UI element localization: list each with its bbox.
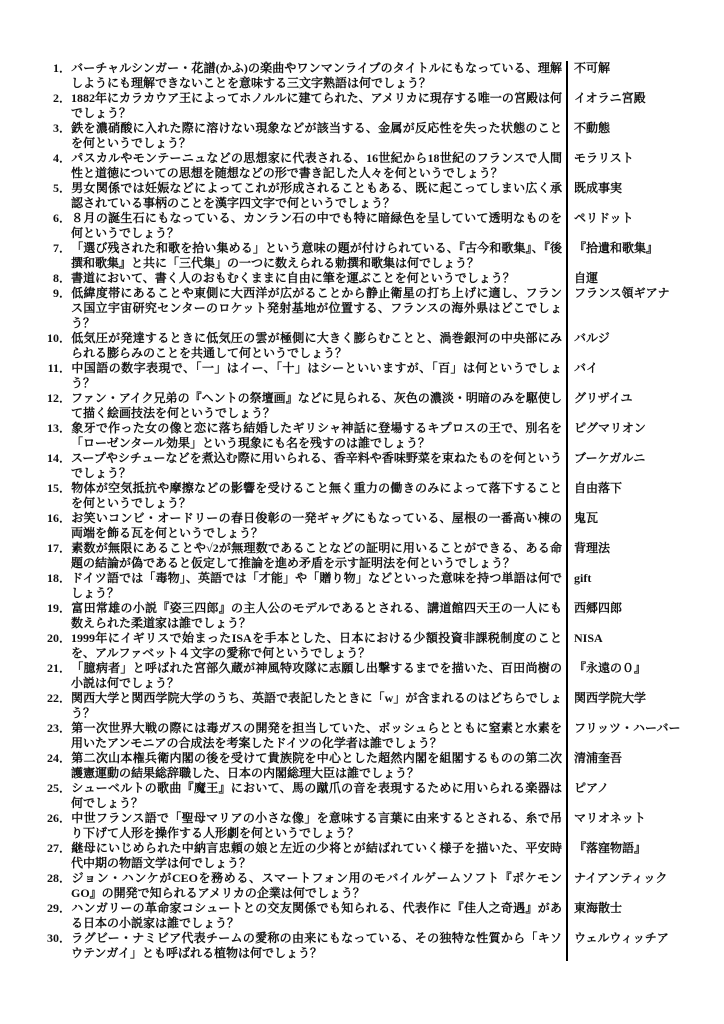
question-cell: 23．第一次世界大戦の際には毒ガスの開発を担当していた、ボッシュらとともに窒素と… — [0, 721, 566, 751]
quiz-row: 15．物体が空気抵抗や摩擦などの影響を受けること無く重力の働きのみによって落下す… — [0, 481, 724, 511]
question-text: 素数が無限にあることや√2が無理数であることなどの証明に用いることができる、ある… — [71, 541, 562, 570]
answer-cell: ピアノ — [566, 781, 724, 811]
quiz-row: 6．８月の誕生石にもなっている、カンラン石の中でも特に暗緑色を呈していて透明なも… — [0, 211, 724, 241]
quiz-row: 29．ハンガリーの革命家コシュートとの交友関係でも知られる、代表作に『佳人之奇遇… — [0, 901, 724, 931]
answer-cell: バルジ — [566, 331, 724, 361]
answer-cell: ブーケガルニ — [566, 451, 724, 481]
answer-cell: NISA — [566, 631, 724, 661]
answer-cell: ウェルウィッチア — [566, 931, 724, 961]
answer-text: ピアノ — [574, 781, 609, 795]
question-cell: 13．象牙で作った女の像と恋に落ち結婚したギリシャ神話に登場するキプロスの王で、… — [0, 421, 566, 451]
quiz-row: 30．ラグビー・ナミビア代表チームの愛称の由来にもなっている、その独特な性質から… — [0, 931, 724, 961]
question-text: 継母にいじめられた中納言忠頼の娘と左近の少将とが結ばれていく様子を描いた、平安時… — [71, 841, 562, 870]
question-cell: 14．スープやシチューなどを煮込む際に用いられる、香辛料や香味野菜を束ねたものを… — [0, 451, 566, 481]
question-number: 19． — [45, 601, 71, 616]
question-cell: 25．シューベルトの歌曲『魔王』において、馬の蹴爪の音を表現するために用いられる… — [0, 781, 566, 811]
question-text: ハンガリーの革命家コシュートとの交友関係でも知られる、代表作に『佳人之奇遇』があ… — [71, 901, 562, 930]
question-number: 1． — [45, 61, 71, 76]
answer-text: フランス領ギアナ — [574, 286, 670, 300]
answer-text: ナイアンティック — [574, 871, 667, 885]
question-text: 第二次山本権兵衛内閣の後を受けて貴族院を中心とした超然内閣を組閣するものの第二次… — [71, 751, 562, 780]
quiz-row: 5．男女関係では妊娠などによってこれが形成されることもある、既に起こってしまい広… — [0, 181, 724, 211]
answer-cell: マリオネット — [566, 811, 724, 841]
quiz-row: 24．第二次山本権兵衛内閣の後を受けて貴族院を中心とした超然内閣を組閣するものの… — [0, 751, 724, 781]
question-number: 20． — [45, 631, 71, 646]
question-text: 象牙で作った女の像と恋に落ち結婚したギリシャ神話に登場するキプロスの王で、別名を… — [71, 421, 562, 450]
quiz-row: 10．低気圧が発達するときに低気圧の雲が極側に大きく膨らむことと、渦巻銀河の中央… — [0, 331, 724, 361]
question-text: 第一次世界大戦の際には毒ガスの開発を担当していた、ボッシュらとともに窒素と水素を… — [71, 721, 562, 750]
question-text: ドイツ語では「毒物」、英語では「才能」や「贈り物」などといった意味を持つ単語は何… — [71, 571, 562, 600]
question-text: シューベルトの歌曲『魔王』において、馬の蹴爪の音を表現するために用いられる楽器は… — [71, 781, 562, 810]
question-number: 23． — [45, 721, 71, 736]
quiz-row: 11．中国語の数字表現で、「一」はイー、「十」はシーといいますが、「百」は何とい… — [0, 361, 724, 391]
question-cell: 17．素数が無限にあることや√2が無理数であることなどの証明に用いることができる… — [0, 541, 566, 571]
quiz-row: 3．鉄を濃硝酸に入れた際に溶けない現象などが該当する、金属が反応性を失った状態の… — [0, 121, 724, 151]
question-number: 24． — [45, 751, 71, 766]
answer-cell: イオラニ宮殿 — [566, 91, 724, 121]
question-number: 4． — [45, 151, 71, 166]
question-cell: 28．ジョン・ハンケがCEOを務める、スマートフォン用のモバイルゲームソフト『ポ… — [0, 871, 566, 901]
answer-cell: グリザイユ — [566, 391, 724, 421]
question-number: 9． — [45, 286, 71, 301]
question-cell: 15．物体が空気抵抗や摩擦などの影響を受けること無く重力の働きのみによって落下す… — [0, 481, 566, 511]
quiz-row: 14．スープやシチューなどを煮込む際に用いられる、香辛料や香味野菜を束ねたものを… — [0, 451, 724, 481]
question-text: ファン・アイク兄弟の『ヘントの祭壇画』などに見られる、灰色の濃淡・明暗のみを駆使… — [71, 391, 562, 420]
answer-text: 既成事実 — [574, 181, 622, 195]
answer-text: 清浦奎吾 — [574, 751, 622, 765]
question-number: 22． — [45, 691, 71, 706]
question-number: 11． — [45, 361, 71, 376]
quiz-row: 4．パスカルやモンテーニュなどの思想家に代表される、16世紀から18世紀のフラン… — [0, 151, 724, 181]
question-cell: 24．第二次山本権兵衛内閣の後を受けて貴族院を中心とした超然内閣を組閣するものの… — [0, 751, 566, 781]
answer-cell: 西郷四郎 — [566, 601, 724, 631]
question-number: 29． — [45, 901, 71, 916]
answer-cell: 『落窪物語』 — [566, 841, 724, 871]
answer-cell: 自運 — [566, 271, 724, 286]
quiz-row: 12．ファン・アイク兄弟の『ヘントの祭壇画』などに見られる、灰色の濃淡・明暗のみ… — [0, 391, 724, 421]
question-text: 書道において、書く人のおもむくままに自由に筆を運ぶことを何というでしょう？ — [71, 271, 515, 285]
question-cell: 11．中国語の数字表現で、「一」はイー、「十」はシーといいますが、「百」は何とい… — [0, 361, 566, 391]
question-cell: 3．鉄を濃硝酸に入れた際に溶けない現象などが該当する、金属が反応性を失った状態の… — [0, 121, 566, 151]
question-text: 中世フランス語で「聖母マリアの小さな像」を意味する言葉に由来するとされる、糸で吊… — [71, 811, 562, 840]
question-text: 低気圧が発達するときに低気圧の雲が極側に大きく膨らむことと、渦巻銀河の中央部にみ… — [71, 331, 562, 360]
answer-cell: 背理法 — [566, 541, 724, 571]
question-cell: 21．「臆病者」と呼ばれた宮部久蔵が神風特攻隊に志願し出撃するまでを描いた、百田… — [0, 661, 566, 691]
question-text: バーチャルシンガー・花譜(かふ)の楽曲やワンマンライブのタイトルにもなっている、… — [71, 61, 562, 90]
question-text: 「選び残された和歌を拾い集める」という意味の題が付けられている、『古今和歌集』、… — [71, 241, 562, 270]
answer-text: 不動態 — [574, 121, 610, 135]
quiz-row: 17．素数が無限にあることや√2が無理数であることなどの証明に用いることができる… — [0, 541, 724, 571]
scanned-quiz-page: 1．バーチャルシンガー・花譜(かふ)の楽曲やワンマンライブのタイトルにもなってい… — [0, 0, 724, 1024]
answer-text: 関西学院大学 — [574, 691, 646, 705]
question-text: 男女関係では妊娠などによってこれが形成されることもある、既に起こってしまい広く承… — [71, 181, 562, 210]
answer-cell: フランス領ギアナ — [566, 286, 724, 331]
question-text: 関西大学と関西学院大学のうち、英語で表記したときに「w」が含まれるのはどちらでし… — [71, 691, 562, 720]
quiz-row: 19．富田常雄の小説『姿三四郎』の主人公のモデルであるとされる、講道館四天王の一… — [0, 601, 724, 631]
answer-text: 『永遠の０』 — [574, 661, 646, 675]
question-text: 鉄を濃硝酸に入れた際に溶けない現象などが該当する、金属が反応性を失った状態のこと… — [71, 121, 562, 150]
answer-cell: gift — [566, 571, 724, 601]
question-cell: 4．パスカルやモンテーニュなどの思想家に代表される、16世紀から18世紀のフラン… — [0, 151, 566, 181]
answer-text: イオラニ宮殿 — [574, 91, 646, 105]
answer-cell: フリッツ・ハーバー — [566, 721, 724, 751]
question-number: 6． — [45, 211, 71, 226]
quiz-row: 25．シューベルトの歌曲『魔王』において、馬の蹴爪の音を表現するために用いられる… — [0, 781, 724, 811]
answer-cell: ペリドット — [566, 211, 724, 241]
quiz-row: 7．「選び残された和歌を拾い集める」という意味の題が付けられている、『古今和歌集… — [0, 241, 724, 271]
question-number: 16． — [45, 511, 71, 526]
answer-text: ブーケガルニ — [574, 451, 645, 465]
quiz-row: 18．ドイツ語では「毒物」、英語では「才能」や「贈り物」などといった意味を持つ単… — [0, 571, 724, 601]
question-text: 「臆病者」と呼ばれた宮部久蔵が神風特攻隊に志願し出撃するまでを描いた、百田尚樹の… — [71, 661, 562, 690]
question-cell: 26．中世フランス語で「聖母マリアの小さな像」を意味する言葉に由来するとされる、… — [0, 811, 566, 841]
question-cell: 10．低気圧が発達するときに低気圧の雲が極側に大きく膨らむことと、渦巻銀河の中央… — [0, 331, 566, 361]
answer-text: グリザイユ — [574, 391, 632, 405]
answer-cell: ピグマリオン — [566, 421, 724, 451]
question-text: 物体が空気抵抗や摩擦などの影響を受けること無く重力の働きのみによって落下すること… — [71, 481, 562, 510]
question-cell: 29．ハンガリーの革命家コシュートとの交友関係でも知られる、代表作に『佳人之奇遇… — [0, 901, 566, 931]
question-cell: 18．ドイツ語では「毒物」、英語では「才能」や「贈り物」などといった意味を持つ単… — [0, 571, 566, 601]
answer-text: ウェルウィッチア — [574, 931, 669, 945]
question-number: 2． — [45, 91, 71, 106]
question-cell: 27．継母にいじめられた中納言忠頼の娘と左近の少将とが結ばれていく様子を描いた、… — [0, 841, 566, 871]
question-cell: 19．富田常雄の小説『姿三四郎』の主人公のモデルであるとされる、講道館四天王の一… — [0, 601, 566, 631]
answer-cell: 『拾遺和歌集』 — [566, 241, 724, 271]
answer-text: ペリドット — [574, 211, 634, 225]
answer-text: バイ — [574, 361, 598, 375]
answer-text: モラリスト — [574, 151, 634, 165]
question-cell: 22．関西大学と関西学院大学のうち、英語で表記したときに「w」が含まれるのはどち… — [0, 691, 566, 721]
question-number: 5． — [45, 181, 71, 196]
question-cell: 20．1999年にイギリスで始まったISAを手本とした、日本における少額投資非課… — [0, 631, 566, 661]
quiz-row: 1．バーチャルシンガー・花譜(かふ)の楽曲やワンマンライブのタイトルにもなってい… — [0, 61, 724, 91]
answer-text: マリオネット — [574, 811, 646, 825]
quiz-row: 27．継母にいじめられた中納言忠頼の娘と左近の少将とが結ばれていく様子を描いた、… — [0, 841, 724, 871]
quiz-row: 9．低緯度帯にあることや東側に大西洋が広がることから静止衛星の打ち上げに適し、フ… — [0, 286, 724, 331]
answer-cell: 既成事実 — [566, 181, 724, 211]
quiz-row: 20．1999年にイギリスで始まったISAを手本とした、日本における少額投資非課… — [0, 631, 724, 661]
quiz-row: 8．書道において、書く人のおもむくままに自由に筆を運ぶことを何というでしょう？ … — [0, 271, 724, 286]
question-number: 21． — [45, 661, 71, 676]
question-text: 富田常雄の小説『姿三四郎』の主人公のモデルであるとされる、講道館四天王の一人にも… — [71, 601, 562, 630]
answer-cell: 清浦奎吾 — [566, 751, 724, 781]
question-cell: 9．低緯度帯にあることや東側に大西洋が広がることから静止衛星の打ち上げに適し、フ… — [0, 286, 566, 331]
question-number: 8． — [45, 271, 71, 286]
question-text: 1999年にイギリスで始まったISAを手本とした、日本における少額投資非課税制度… — [71, 631, 562, 660]
answer-cell: 不動態 — [566, 121, 724, 151]
answer-text: ピグマリオン — [574, 421, 646, 435]
question-cell: 8．書道において、書く人のおもむくままに自由に筆を運ぶことを何というでしょう？ — [0, 271, 566, 286]
question-text: お笑いコンビ・オードリーの春日俊彰の一発ギャグにもなっている、屋根の一番高い棟の… — [71, 511, 562, 540]
quiz-row: 23．第一次世界大戦の際には毒ガスの開発を担当していた、ボッシュらとともに窒素と… — [0, 721, 724, 751]
question-text: ８月の誕生石にもなっている、カンラン石の中でも特に暗緑色を呈していて透明なものを… — [71, 211, 562, 240]
question-number: 30． — [45, 931, 71, 946]
quiz-row: 21．「臆病者」と呼ばれた宮部久蔵が神風特攻隊に志願し出撃するまでを描いた、百田… — [0, 661, 724, 691]
question-text: パスカルやモンテーニュなどの思想家に代表される、16世紀から18世紀のフランスで… — [71, 151, 562, 180]
quiz-row: 13．象牙で作った女の像と恋に落ち結婚したギリシャ神話に登場するキプロスの王で、… — [0, 421, 724, 451]
question-number: 26． — [45, 811, 71, 826]
answer-text: 自由落下 — [574, 481, 622, 495]
question-text: スープやシチューなどを煮込む際に用いられる、香辛料や香味野菜を束ねたものを何とい… — [71, 451, 562, 480]
question-cell: 16．お笑いコンビ・オードリーの春日俊彰の一発ギャグにもなっている、屋根の一番高… — [0, 511, 566, 541]
question-number: 3． — [45, 121, 71, 136]
answer-text: NISA — [574, 631, 603, 645]
question-cell: 1．バーチャルシンガー・花譜(かふ)の楽曲やワンマンライブのタイトルにもなってい… — [0, 61, 566, 91]
question-number: 27． — [45, 841, 71, 856]
answer-text: バルジ — [574, 331, 610, 345]
answer-text: 背理法 — [574, 541, 610, 555]
question-number: 28． — [45, 871, 71, 886]
question-cell: 2．1882年にカラカウア王によってホノルルに建てられた、アメリカに現存する唯一… — [0, 91, 566, 121]
answer-text: gift — [574, 571, 591, 585]
question-text: ジョン・ハンケがCEOを務める、スマートフォン用のモバイルゲームソフト『ポケモン… — [71, 871, 562, 900]
question-number: 18． — [45, 571, 71, 586]
question-cell: 30．ラグビー・ナミビア代表チームの愛称の由来にもなっている、その独特な性質から… — [0, 931, 566, 961]
question-text: 1882年にカラカウア王によってホノルルに建てられた、アメリカに現存する唯一の宮… — [71, 91, 562, 120]
answer-cell: 東海散士 — [566, 901, 724, 931]
question-text: 低緯度帯にあることや東側に大西洋が広がることから静止衛星の打ち上げに適し、フラン… — [71, 286, 562, 330]
question-number: 7． — [45, 241, 71, 256]
quiz-row: 22．関西大学と関西学院大学のうち、英語で表記したときに「w」が含まれるのはどち… — [0, 691, 724, 721]
answer-cell: 不可解 — [566, 61, 724, 91]
question-number: 17． — [45, 541, 71, 556]
answer-text: 自運 — [574, 271, 598, 285]
question-text: ラグビー・ナミビア代表チームの愛称の由来にもなっている、その独特な性質から「キソ… — [71, 931, 562, 960]
answer-text: 西郷四郎 — [574, 601, 622, 615]
question-cell: 6．８月の誕生石にもなっている、カンラン石の中でも特に暗緑色を呈していて透明なも… — [0, 211, 566, 241]
quiz-row: 16．お笑いコンビ・オードリーの春日俊彰の一発ギャグにもなっている、屋根の一番高… — [0, 511, 724, 541]
quiz-row: 28．ジョン・ハンケがCEOを務める、スマートフォン用のモバイルゲームソフト『ポ… — [0, 871, 724, 901]
question-cell: 7．「選び残された和歌を拾い集める」という意味の題が付けられている、『古今和歌集… — [0, 241, 566, 271]
question-number: 12． — [45, 391, 71, 406]
answer-cell: 鬼瓦 — [566, 511, 724, 541]
question-number: 15． — [45, 481, 71, 496]
quiz-row: 26．中世フランス語で「聖母マリアの小さな像」を意味する言葉に由来するとされる、… — [0, 811, 724, 841]
question-text: 中国語の数字表現で、「一」はイー、「十」はシーといいますが、「百」は何というでし… — [71, 361, 562, 390]
answer-cell: 自由落下 — [566, 481, 724, 511]
answer-text: 『拾遺和歌集』 — [574, 241, 658, 255]
answer-cell: 『永遠の０』 — [566, 661, 724, 691]
answer-text: 不可解 — [574, 61, 610, 75]
question-cell: 12．ファン・アイク兄弟の『ヘントの祭壇画』などに見られる、灰色の濃淡・明暗のみ… — [0, 391, 566, 421]
answer-text: 鬼瓦 — [574, 511, 598, 525]
answer-cell: バイ — [566, 361, 724, 391]
question-number: 13． — [45, 421, 71, 436]
quiz-row: 2．1882年にカラカウア王によってホノルルに建てられた、アメリカに現存する唯一… — [0, 91, 724, 121]
question-number: 14． — [45, 451, 71, 466]
answer-cell: ナイアンティック — [566, 871, 724, 901]
question-number: 10． — [45, 331, 71, 346]
answer-text: 『落窪物語』 — [574, 841, 646, 855]
question-cell: 5．男女関係では妊娠などによってこれが形成されることもある、既に起こってしまい広… — [0, 181, 566, 211]
question-number: 25． — [45, 781, 71, 796]
answer-cell: 関西学院大学 — [566, 691, 724, 721]
quiz-question-list: 1．バーチャルシンガー・花譜(かふ)の楽曲やワンマンライブのタイトルにもなってい… — [0, 61, 724, 961]
answer-text: フリッツ・ハーバー — [574, 721, 680, 735]
answer-text: 東海散士 — [574, 901, 622, 915]
answer-cell: モラリスト — [566, 151, 724, 181]
